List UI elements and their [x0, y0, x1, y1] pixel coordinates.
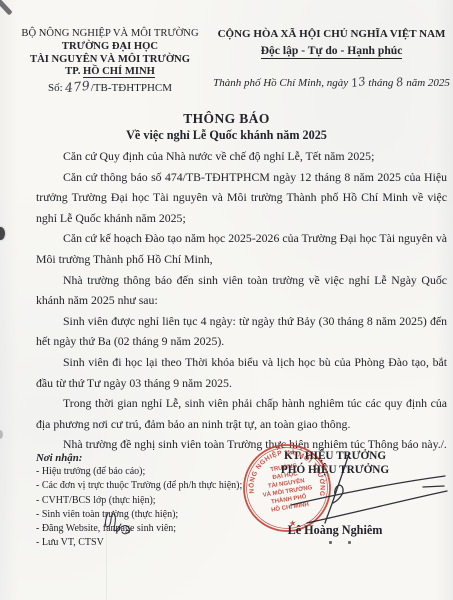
- recipient-item: - Lưu VT, CTSV: [36, 536, 246, 550]
- recipient-item: - Đăng Website, fanpage sinh viên;: [36, 522, 246, 536]
- org-name-line3: TP. HỒ CHÍ MINH: [8, 66, 212, 79]
- national-motto: CỘNG HÒA XÃ HỘI CHỦ NGHĨA VIỆT NAM: [210, 28, 453, 41]
- handwritten-initials: [101, 510, 133, 538]
- scanned-document-page: BỘ NÔNG NGHIỆP VÀ MÔI TRƯỜNG TRƯỜNG ĐẠI …: [0, 0, 453, 600]
- org-name-line1: TRƯỜNG ĐẠI HỌC: [8, 41, 212, 54]
- recipients-label: Nơi nhận:: [36, 452, 246, 464]
- scan-artifact-edge-blob-small: [0, 430, 3, 439]
- scan-artifact-corner: [0, 0, 13, 16]
- recipient-item: - Hiệu trưởng (để báo cáo);: [36, 465, 246, 479]
- date-day-handwritten: 13: [350, 74, 367, 90]
- signature-stroke: [325, 453, 349, 523]
- signature-stroke: [291, 476, 445, 505]
- date-mid: tháng: [366, 77, 397, 89]
- body-paragraph: Sinh viên đi học lại theo Thời khóa biểu…: [36, 352, 447, 393]
- org-name-line2: TÀI NGUYÊN VÀ MÔI TRƯỜNG: [8, 54, 212, 67]
- signature-stroke: [307, 491, 447, 523]
- title-block: THÔNG BÁO Về việc nghỉ Lễ Quốc khánh năm…: [0, 111, 453, 143]
- issuing-org-block: BỘ NÔNG NGHIỆP VÀ MÔI TRƯỜNG TRƯỜNG ĐẠI …: [8, 28, 212, 95]
- body-paragraph: Căn cứ kế hoạch Đào tạo năm học 2025-202…: [36, 228, 447, 269]
- recipients-block: Nơi nhận: - Hiệu trưởng (để báo cáo); - …: [36, 452, 246, 551]
- body-paragraph: Sinh viên được nghỉ liên tục 4 ngày: từ …: [36, 311, 447, 352]
- initials-stroke: [105, 513, 121, 531]
- org-city-prefix: TP.: [65, 66, 83, 77]
- place-date-line: Thành phố Hồ Chí Minh, ngày 13 tháng 8 n…: [210, 75, 453, 89]
- national-header-block: CỘNG HÒA XÃ HỘI CHỦ NGHĨA VIỆT NAM Độc l…: [210, 28, 453, 89]
- body-paragraph: Trong thời gian nghỉ Lễ, sinh viên phải …: [36, 393, 447, 434]
- body-paragraph: Nhà trường thông báo đến sinh viên toàn …: [36, 270, 447, 311]
- date-suffix: năm 2025: [403, 77, 449, 89]
- recipient-item: - CVHT/BCS lớp (thực hiện);: [36, 494, 246, 508]
- scan-noise-dot: [329, 541, 332, 544]
- document-number-handwritten: 479: [65, 80, 92, 95]
- national-slogan: Độc lập - Tự do - Hạnh phúc: [261, 44, 403, 59]
- scan-artifact-edge-blob: [0, 227, 5, 240]
- body-paragraph: Căn cứ thông báo số 474/TB-TĐHTPHCM ngày…: [36, 167, 447, 229]
- body-paragraph: Căn cứ Quy định của Nhà nước về chế độ n…: [36, 146, 447, 167]
- signature-stroke: [423, 486, 444, 487]
- document-body: Căn cứ Quy định của Nhà nước về chế độ n…: [36, 146, 447, 455]
- document-subtitle: Về việc nghỉ Lễ Quốc khánh năm 2025: [0, 128, 453, 143]
- scan-noise-dot: [348, 541, 351, 544]
- date-prefix: Thành phố Hồ Chí Minh, ngày: [213, 77, 351, 89]
- document-number-suffix: /TB-TĐHTPHCM: [91, 82, 172, 94]
- document-number: Số: 479/TB-TĐHTPHCM: [8, 81, 212, 95]
- recipients-list: - Hiệu trưởng (để báo cáo); - Các đơn vị…: [36, 465, 246, 551]
- org-parent-ministry: BỘ NÔNG NGHIỆP VÀ MÔI TRƯỜNG: [8, 28, 212, 41]
- org-city: HỒ CHÍ MINH: [83, 66, 155, 78]
- recipient-item: - Các đơn vị trực thuộc Trường (để ph/h …: [36, 479, 246, 493]
- handwritten-signature: [283, 447, 451, 532]
- document-number-label: Số:: [48, 82, 65, 94]
- recipient-item: - Sinh viên toàn trường (thực hiện);: [36, 508, 246, 522]
- document-title: THÔNG BÁO: [0, 111, 453, 127]
